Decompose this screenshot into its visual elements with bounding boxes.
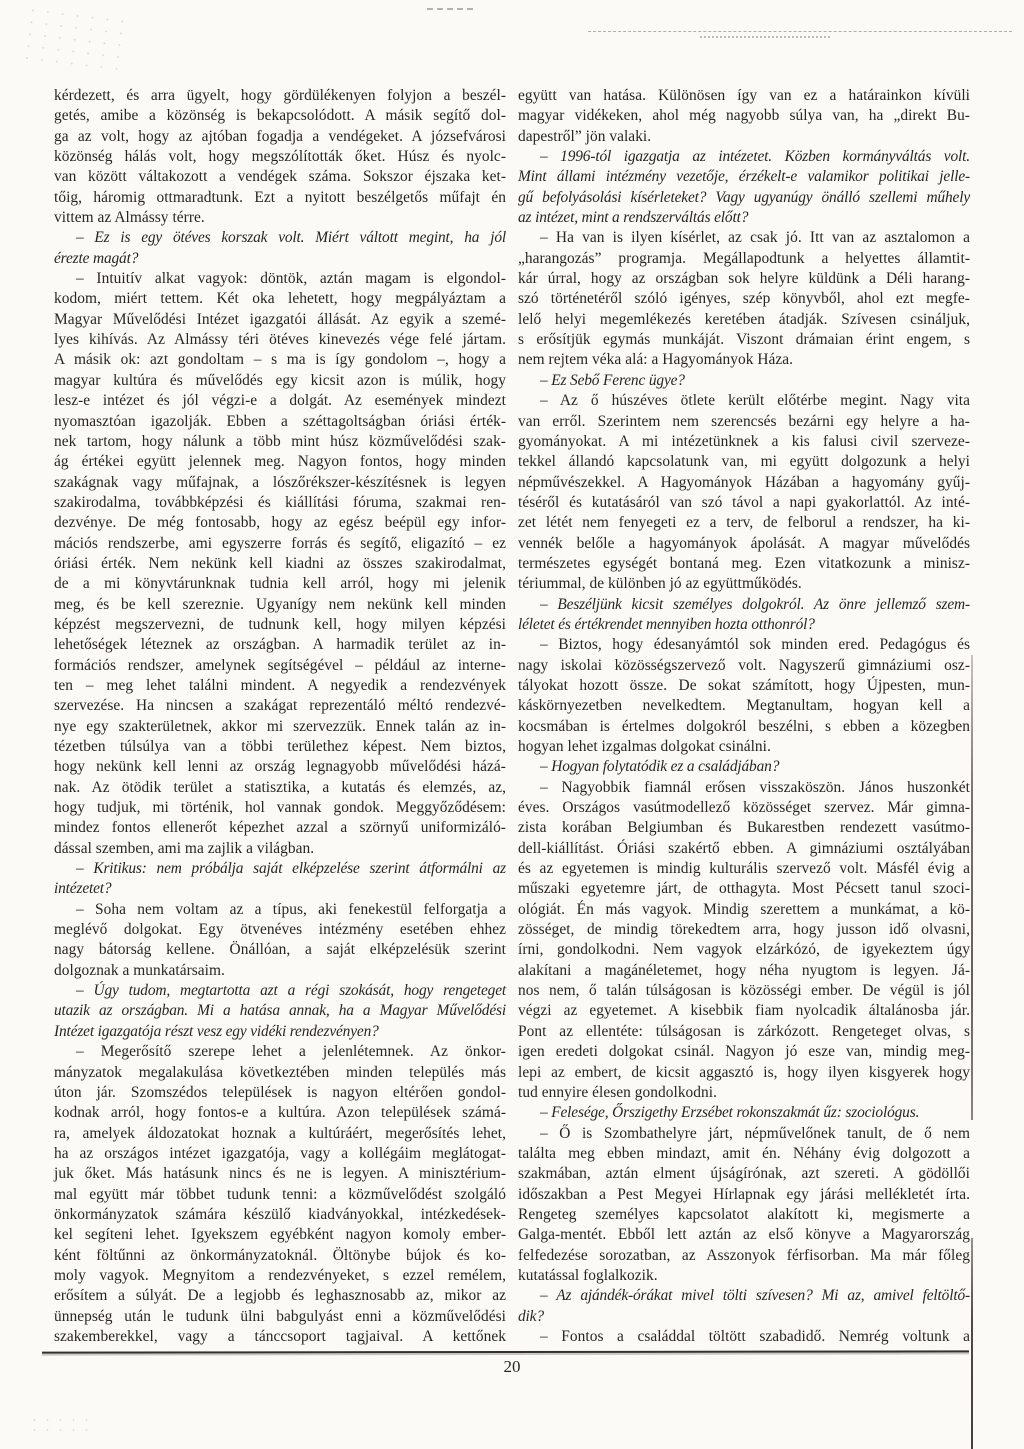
text-line: szakágnak vagy műfajnak, a lószőrékszer-… bbox=[54, 473, 506, 493]
text-line: dapestről” jön valaki. bbox=[518, 127, 970, 147]
text-line: juk őket. Más hatásunk nincs és ne is le… bbox=[54, 1164, 506, 1184]
interview-question: – Úgy tudom, megtartotta azt a régi szok… bbox=[54, 981, 506, 1042]
text-line: „harangozás” programja. Megállapodtunk a… bbox=[518, 249, 970, 269]
text-line: utazik az országban. Mi a hatása annak, … bbox=[54, 1001, 506, 1021]
text-line: dással szemben, ami ma zajlik a világban… bbox=[54, 839, 506, 859]
interview-question: – Ez Sebő Ferenc ügye? bbox=[518, 371, 970, 391]
text-line: felfedezése sorozatban, az Asszonyok fér… bbox=[518, 1246, 970, 1266]
text-line: káskörnyezetben nevelkedtem. Megtanultam… bbox=[518, 696, 970, 716]
text-line: ra, amelyek áldozatokat hoznak a kultúrá… bbox=[54, 1124, 506, 1144]
text-line: A másik ok: azt gondoltam – s ma is így … bbox=[54, 350, 506, 370]
text-line: nek tartom, hogy nálunk a több mint húsz… bbox=[54, 432, 506, 452]
text-line: tőig, háromig ottmaradtunk. Ezt a nyitot… bbox=[54, 188, 506, 208]
footer-rule bbox=[42, 1350, 969, 1353]
text-line: gű befolyásolási kísérleteket? Vagy ugya… bbox=[518, 188, 970, 208]
text-line: lesz-e intézet és jól végzi-e a dolgát. … bbox=[54, 391, 506, 411]
text-column-right: együtt van hatása. Különösen így van ez … bbox=[518, 86, 970, 1347]
text-line: tekkel állandó kapcsolatunk van, mi együ… bbox=[518, 452, 970, 472]
scan-artifact-noise-line bbox=[588, 31, 1012, 32]
text-line: lelő helyi megemlékezés keretében átadjá… bbox=[518, 310, 970, 330]
text-line: léletet és értékrendet mennyiben hozta o… bbox=[518, 615, 970, 635]
text-line: és az egyetemen is mindig kulturális sze… bbox=[518, 859, 970, 879]
text-line: tud ennyire élesen gondolkodni. bbox=[518, 1083, 970, 1103]
scan-artifact-speckle bbox=[19, 4, 136, 79]
text-line: – Felesége, Őrszigethy Erzsébet rokonsza… bbox=[518, 1103, 970, 1123]
interview-question: – Hogyan folytatódik ez a családjában? bbox=[518, 757, 970, 777]
text-line: hogy tudjuk, mi történik, hol vannak gon… bbox=[54, 798, 506, 818]
text-line: nagy bátorság kellene. Önállóan, a saját… bbox=[54, 940, 506, 960]
interview-answer: – Intuitív alkat vagyok: döntök, aztán m… bbox=[54, 269, 506, 859]
text-line: nos nem, ő talán túlságosan is közösségi… bbox=[518, 981, 970, 1001]
text-line: Mint állami intézmény vezetője, érzékelt… bbox=[518, 167, 970, 187]
text-line: önkormányzatok számára készülő kiadványo… bbox=[54, 1205, 506, 1225]
text-line: – Úgy tudom, megtartotta azt a régi szok… bbox=[54, 981, 506, 1001]
text-line: Rengeteg személyes kapcsolatot alakított… bbox=[518, 1205, 970, 1225]
interview-question: – Az ajándék-órákat mivel tölti szívesen… bbox=[518, 1286, 970, 1327]
scan-artifact-speckle bbox=[28, 1415, 98, 1437]
text-line: – Ez Sebő Ferenc ügye? bbox=[518, 371, 970, 391]
text-line: nye egy szakterületnek, akkor mi szervez… bbox=[54, 717, 506, 737]
text-line: – 1996-tól igazgatja az intézetet. Közbe… bbox=[518, 147, 970, 167]
text-line: mindez fontos ellenerőt képezhet azzal a… bbox=[54, 818, 506, 838]
text-line: nak. Az ötödik terület a statisztika, a … bbox=[54, 778, 506, 798]
text-line: vennék belőle a hagyományok ápolását. A … bbox=[518, 534, 970, 554]
text-line: getés, amibe a közönség is bekapcsolódot… bbox=[54, 106, 506, 126]
text-line: vittem az Almássy térre. bbox=[54, 208, 506, 228]
text-line: kodnak arról, hogy fontos-e a kultúra. A… bbox=[54, 1103, 506, 1123]
interview-answer: – Biztos, hogy édesanyámtól sok minden e… bbox=[518, 635, 970, 757]
text-line: – Nagyobbik fiamnál erősen visszaköszön.… bbox=[518, 778, 970, 798]
text-line: – Intuitív alkat vagyok: döntök, aztán m… bbox=[54, 269, 506, 289]
interview-answer: – Nagyobbik fiamnál erősen visszaköszön.… bbox=[518, 778, 970, 1104]
text-line: kel segíteni lehet. Igyekszem egyébként … bbox=[54, 1225, 506, 1245]
text-line: természetes egységét bontaná meg. Ezen v… bbox=[518, 554, 970, 574]
text-line: közönség hálás volt, hogy megszólították… bbox=[54, 147, 506, 167]
interview-answer: – Fontos a családdal töltött szabadidő. … bbox=[518, 1327, 970, 1347]
text-line: alakítani a magánéletemet, hogy néha nyu… bbox=[518, 961, 970, 981]
text-line: képzést megszervezni, de tudnunk kell, h… bbox=[54, 615, 506, 635]
text-line: – Biztos, hogy édesanyámtól sok minden e… bbox=[518, 635, 970, 655]
text-line: – Kritikus: nem próbálja saját elképzelé… bbox=[54, 859, 506, 879]
text-line: ga az volt, hogy az ajtóban fogadja a ve… bbox=[54, 127, 506, 147]
text-line: írni, gondolkodni. Nem vagyok elzárkózó,… bbox=[518, 940, 970, 960]
text-line: – Az ajándék-órákat mivel tölti szívesen… bbox=[518, 1286, 970, 1306]
text-line: szervezése. Ha nincsen a szakágat reprez… bbox=[54, 696, 506, 716]
interview-answer: – Az ő húszéves ötlete került előtérbe m… bbox=[518, 391, 970, 594]
text-line: kocsmában is értelmes dolgokról beszélni… bbox=[518, 717, 970, 737]
text-line: Magyar Művelődési Intézet igazgatói állá… bbox=[54, 310, 506, 330]
interview-answer: – Soha nem voltam az a típus, aki feneke… bbox=[54, 900, 506, 981]
text-line: mal együtt már többet tudunk tenni: a kö… bbox=[54, 1185, 506, 1205]
text-line: hogy nekünk kell lenni az ország legnagy… bbox=[54, 757, 506, 777]
text-line: zösséget, de mindig törekedtem arra, hog… bbox=[518, 920, 970, 940]
scanned-book-page: kérdezett, és arra ügyelt, hogy gördülék… bbox=[0, 0, 1024, 1449]
text-line: – Ő is Szombathelyre járt, népművelőnek … bbox=[518, 1124, 970, 1144]
text-line: szakmában, aztán elment újságírónak, azt… bbox=[518, 1164, 970, 1184]
interview-question: – 1996-tól igazgatja az intézetet. Közbe… bbox=[518, 147, 970, 228]
text-line: óriási érték. Nem nekünk kell kiadni az … bbox=[54, 554, 506, 574]
scan-artifact-page-edge-line bbox=[971, 655, 973, 1120]
text-line: kérdezett, és arra ügyelt, hogy gördülék… bbox=[54, 86, 506, 106]
interview-answer: – Ha van is ilyen kísérlet, az csak jó. … bbox=[518, 228, 970, 370]
text-line: tériummal, de különben jó az együttműköd… bbox=[518, 574, 970, 594]
text-line: de a mi könyvtárunknak tudnia kell arról… bbox=[54, 574, 506, 594]
text-line: nem rejtem véka alá: a Hagyományok Háza. bbox=[518, 350, 970, 370]
text-line: szakirodalma, továbbképzési és kiállítás… bbox=[54, 493, 506, 513]
text-line: az intézet, mint a rendszerváltás előtt? bbox=[518, 208, 970, 228]
scan-artifact-noise-line bbox=[700, 36, 830, 38]
text-line: mányzatok megalakulása következtében min… bbox=[54, 1063, 506, 1083]
text-line: érezte magát? bbox=[54, 249, 506, 269]
text-line: ünnepség után le tudunk ülni babgulyást … bbox=[54, 1307, 506, 1327]
text-line: ha az országos intézet igazgatója, vagy … bbox=[54, 1144, 506, 1164]
text-line: ten – meg lehet találni mindent. A negye… bbox=[54, 676, 506, 696]
text-line: ként föltűnni az önkormányzatoknál. Öltö… bbox=[54, 1246, 506, 1266]
text-line: dolgoznak a munkatársaim. bbox=[54, 961, 506, 981]
text-line: műszaki egyetemre járt, de otthagyta. Mo… bbox=[518, 879, 970, 899]
text-line: meglévő dolgokat. Egy ötvenéves intézmén… bbox=[54, 920, 506, 940]
text-line: – Hogyan folytatódik ez a családjában? bbox=[518, 757, 970, 777]
text-line: gyományokat. A mi intézetünknek a kis fa… bbox=[518, 432, 970, 452]
text-line: nyomasztóan igazolják. Ebben a széttagol… bbox=[54, 412, 506, 432]
text-line: téséről és kutatásáról van szó távol a n… bbox=[518, 493, 970, 513]
text-line: van erről. Szerintem nem szerencsés bezá… bbox=[518, 412, 970, 432]
text-line: – Fontos a családdal töltött szabadidő. … bbox=[518, 1327, 970, 1347]
text-line: – Ez is egy ötéves korszak volt. Miért v… bbox=[54, 228, 506, 248]
text-line: – Megerősítő szerepe lehet a jelenlétemn… bbox=[54, 1042, 506, 1062]
text-line: Intézet igazgatója részt vesz egy vidéki… bbox=[54, 1022, 506, 1042]
text-line: Galga-mentét. Ebből lett aztán az első k… bbox=[518, 1225, 970, 1245]
text-line: moly vagyok. Megnyitom a rendezvényeket,… bbox=[54, 1266, 506, 1286]
text-line: erősítem a súlyát. De a legjobb és legha… bbox=[54, 1286, 506, 1306]
text-line: lyes kihívás. Az Almássy téri ötéves kin… bbox=[54, 330, 506, 350]
paragraph-continuation: együtt van hatása. Különösen így van ez … bbox=[518, 86, 970, 147]
text-line: nagy iskolai közösségszervező volt. Nagy… bbox=[518, 656, 970, 676]
text-line: van között váltakozott a vendégek száma.… bbox=[54, 167, 506, 187]
interview-question: – Ez is egy ötéves korszak volt. Miért v… bbox=[54, 228, 506, 269]
text-line: dell-kiállítást. Óriási szakértő ebben. … bbox=[518, 839, 970, 859]
text-line: – Beszéljünk kicsit személyes dolgokról.… bbox=[518, 595, 970, 615]
text-line: népművészekkel. A Hagyományok Házában a … bbox=[518, 473, 970, 493]
text-line: dik? bbox=[518, 1307, 970, 1327]
text-line: ág értékei együtt jelennek meg. Nagyon f… bbox=[54, 452, 506, 472]
interview-question: – Felesége, Őrszigethy Erzsébet rokonsza… bbox=[518, 1103, 970, 1123]
paragraph-continuation: kérdezett, és arra ügyelt, hogy gördülék… bbox=[54, 86, 506, 228]
scan-artifact-page-edge-line bbox=[971, 1238, 973, 1449]
text-line: tézetben túlsúlya van a többi területhez… bbox=[54, 737, 506, 757]
text-line: hogyan lehet izgalmas dolgokat csinálni. bbox=[518, 737, 970, 757]
text-line: intézetet? bbox=[54, 879, 506, 899]
text-line: s erősítjük egymás munkáját. Viszont drá… bbox=[518, 330, 970, 350]
text-line: végzi az egyetemet. A kisebbik fiam nyol… bbox=[518, 1001, 970, 1021]
text-line: mációs rendszerbe, ami egyszerre forrás … bbox=[54, 534, 506, 554]
text-line: tályokat hozott össze. De sokat számítot… bbox=[518, 676, 970, 696]
text-line: magyar vidékeken, ahol még nagyobb súlya… bbox=[518, 106, 970, 126]
text-line: ológiát. Én más vagyok. Mindig szerettem… bbox=[518, 900, 970, 920]
text-line: találta meg ebben mindazt, amit én. Néhá… bbox=[518, 1144, 970, 1164]
text-line: együtt van hatása. Különösen így van ez … bbox=[518, 86, 970, 106]
text-line: Pont az ellentéte: túlságosan is zárkózo… bbox=[518, 1022, 970, 1042]
text-line: meg, és be kell szereznie. Ugyanígy nem … bbox=[54, 595, 506, 615]
text-line: formációs rendszer, amelynek segítségéve… bbox=[54, 656, 506, 676]
text-line: lepi az embert, de kicsit aggasztó is, h… bbox=[518, 1063, 970, 1083]
text-line: zet létét nem fenyegeti ez a terv, de fe… bbox=[518, 513, 970, 533]
text-column-left: kérdezett, és arra ügyelt, hogy gördülék… bbox=[54, 86, 506, 1347]
text-line: úton jár. Szomszédos települések is nagy… bbox=[54, 1083, 506, 1103]
text-line: – Az ő húszéves ötlete került előtérbe m… bbox=[518, 391, 970, 411]
interview-answer: – Megerősítő szerepe lehet a jelenlétemn… bbox=[54, 1042, 506, 1347]
text-line: időszakban a Pest Megyei Hírlapnak egy j… bbox=[518, 1185, 970, 1205]
text-line: szó történetéről szóló igényes, szép kön… bbox=[518, 289, 970, 309]
text-line: – Ha van is ilyen kísérlet, az csak jó. … bbox=[518, 228, 970, 248]
text-line: zista korában Belgiumban és Bukarestben … bbox=[518, 818, 970, 838]
text-line: szakemberekkel, vagy a tánccsoport tagja… bbox=[54, 1327, 506, 1347]
interview-question: – Beszéljünk kicsit személyes dolgokról.… bbox=[518, 595, 970, 636]
text-line: kodom, miért tettem. Két oka lehetett, h… bbox=[54, 289, 506, 309]
scan-artifact-dash bbox=[427, 8, 473, 10]
text-line: magyar kultúra és művelődés egy kicsit a… bbox=[54, 371, 506, 391]
text-line: igen eredeti dolgokat csinál. Nagyon jó … bbox=[518, 1042, 970, 1062]
text-line: kár úrral, hogy az országban sok helyre … bbox=[518, 269, 970, 289]
text-line: kutatással foglalkozik. bbox=[518, 1266, 970, 1286]
text-line: – Soha nem voltam az a típus, aki feneke… bbox=[54, 900, 506, 920]
text-line: dezvénye. De még fontosabb, hogy az egés… bbox=[54, 513, 506, 533]
text-line: éves. Országos vasútmodellező közösséget… bbox=[518, 798, 970, 818]
interview-question: – Kritikus: nem próbálja saját elképzelé… bbox=[54, 859, 506, 900]
interview-answer: – Ő is Szombathelyre járt, népművelőnek … bbox=[518, 1124, 970, 1287]
text-line: lehetőségek léteznek az országban. A har… bbox=[54, 635, 506, 655]
page-number: 20 bbox=[0, 1357, 1024, 1377]
